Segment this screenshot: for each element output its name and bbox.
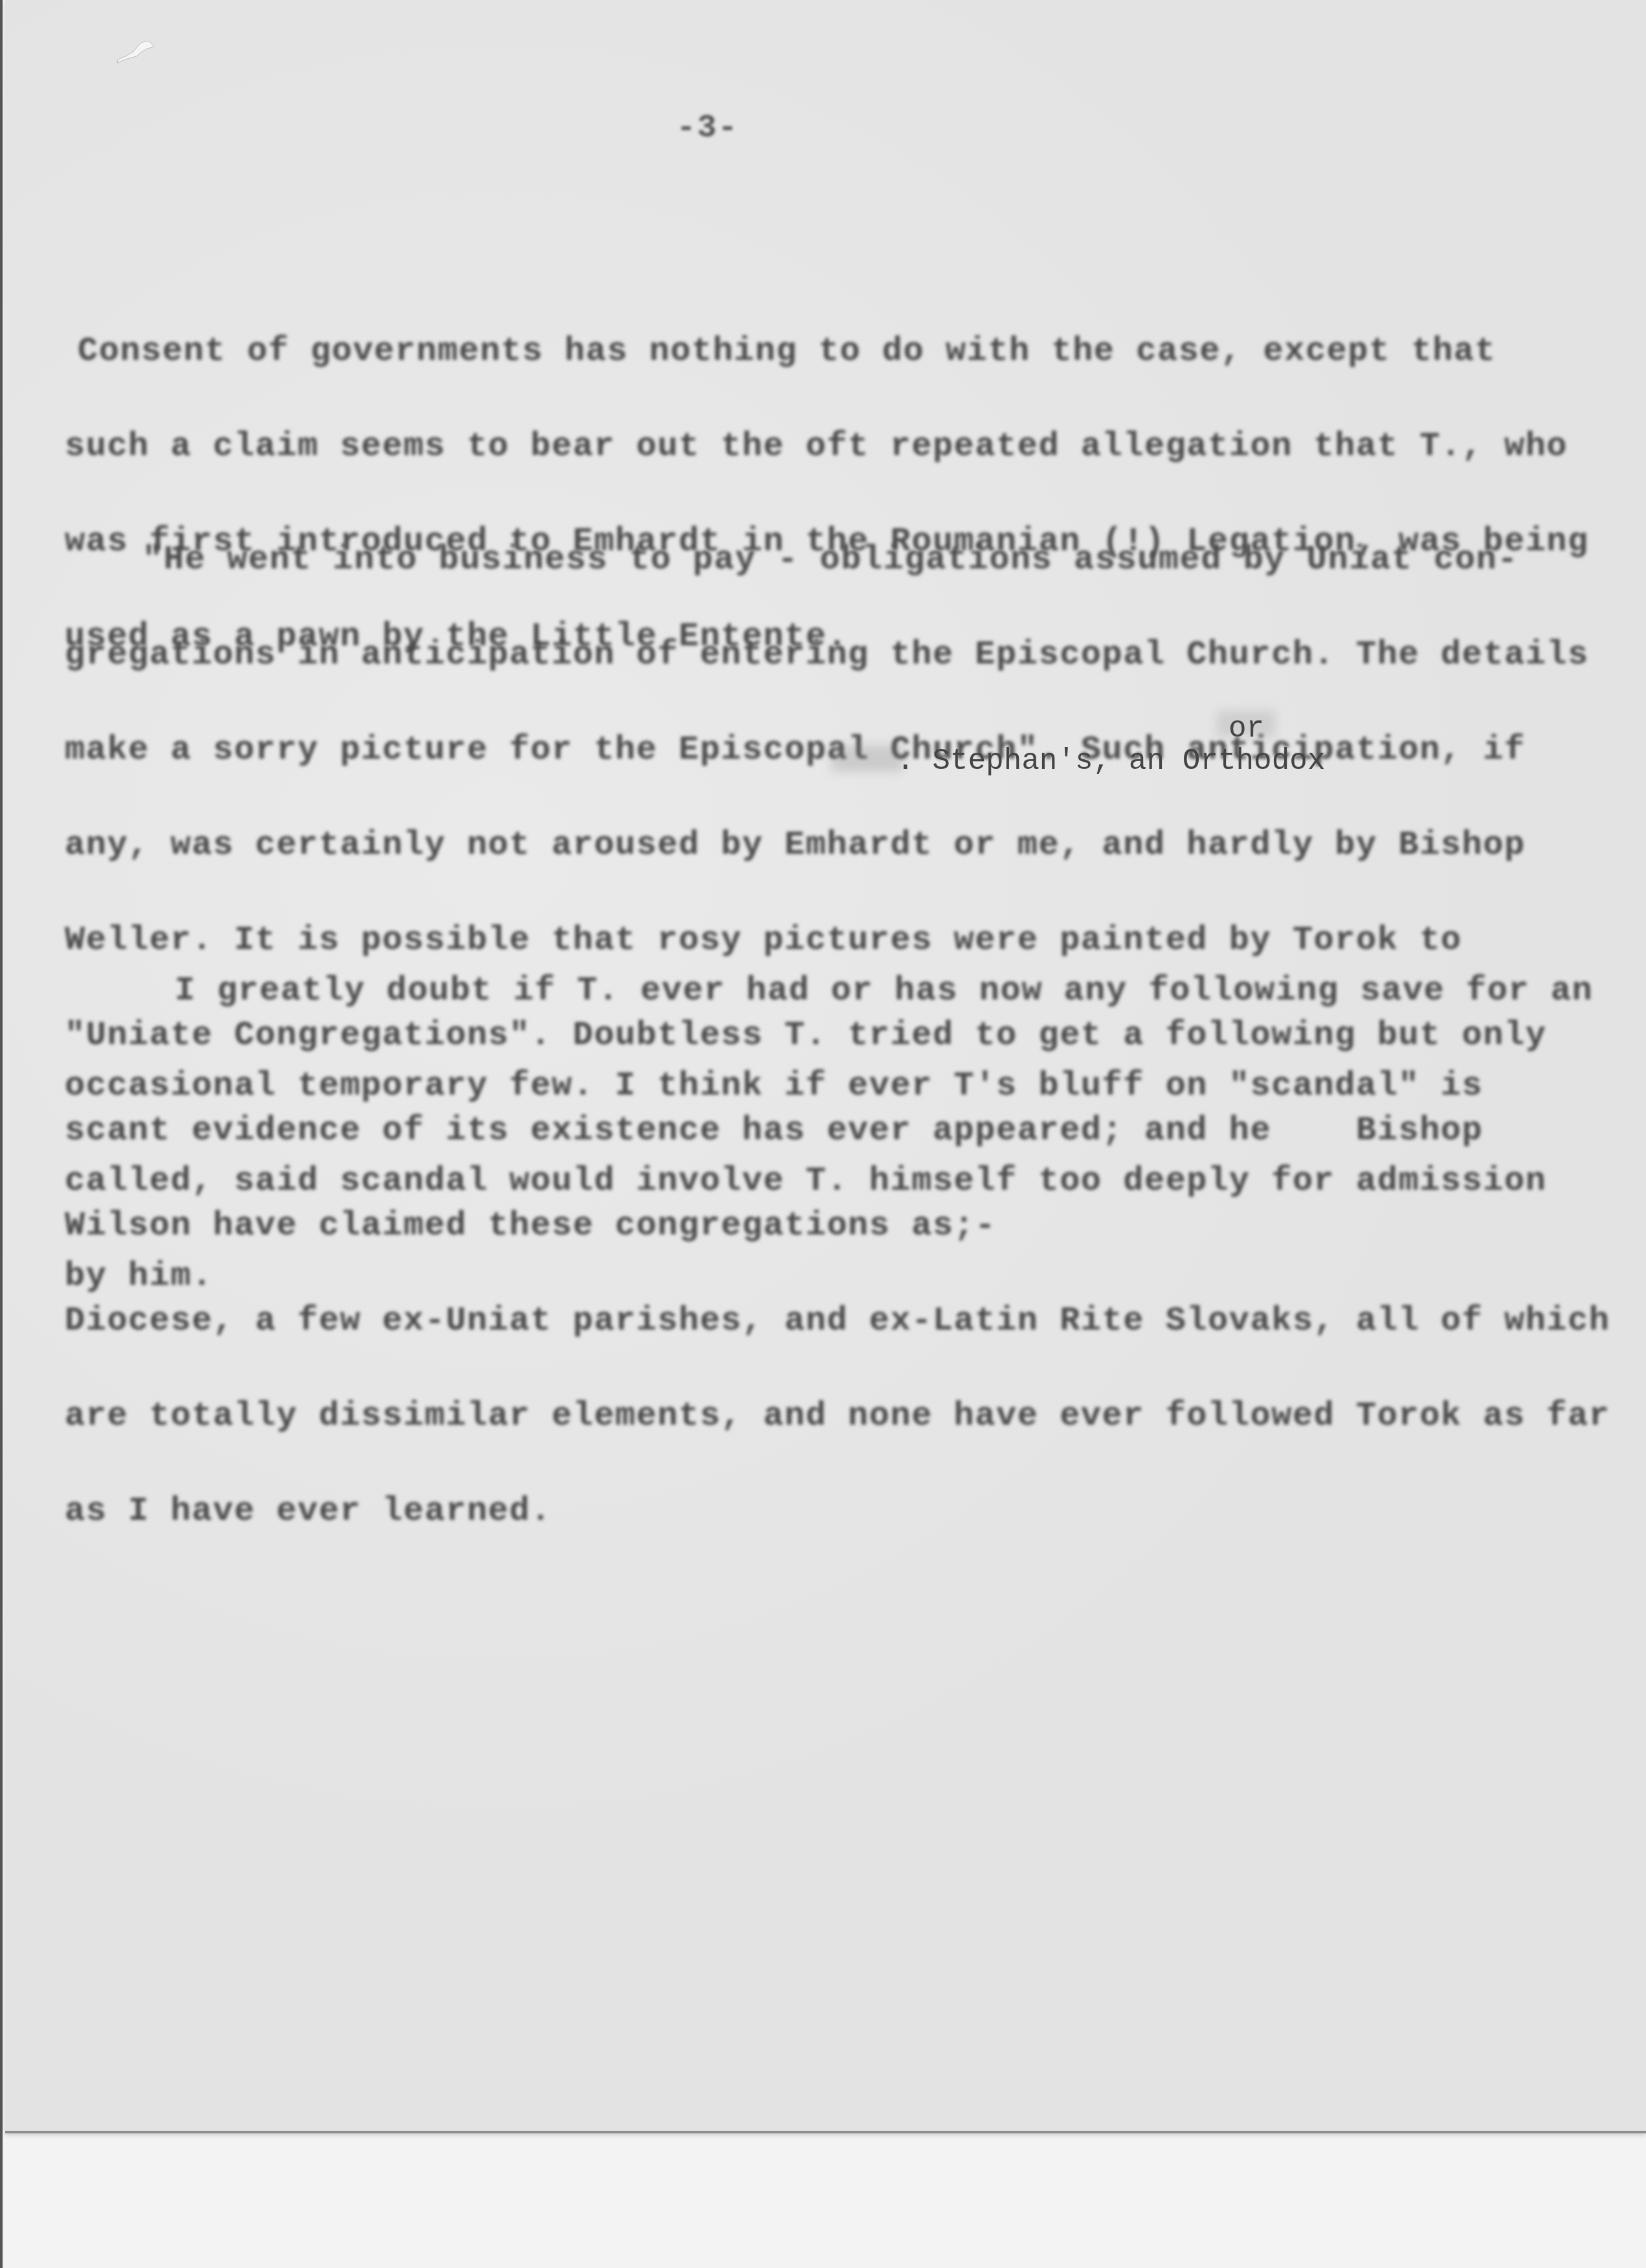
text-line: by him. (65, 1260, 1593, 1292)
text-line: occasional temporary few. I think if eve… (65, 1070, 1593, 1102)
text-line: are totally dissimilar elements, and non… (65, 1400, 1610, 1432)
text-line: as I have ever learned. (65, 1495, 1610, 1527)
correction-smudge (832, 746, 903, 772)
text-line: gregations in anticipation of entering t… (65, 639, 1610, 671)
text-line: called, said scandal would involve T. hi… (65, 1165, 1593, 1197)
text-line: Consent of governments has nothing to do… (78, 335, 1589, 367)
paragraph-3: I greatly doubt if T. ever had or has no… (65, 911, 1593, 1324)
text-line: any, was certainly not aroused by Emhard… (65, 829, 1610, 861)
paper-tear-mark-icon (114, 34, 159, 69)
text-line: such a claim seems to bear out the oft r… (65, 430, 1589, 462)
inserted-text-or: or (1229, 712, 1264, 746)
text-line: I greatly doubt if T. ever had or has no… (175, 975, 1593, 1006)
inserted-text-stephan: . Stephan's, an Orthodox (896, 744, 1326, 778)
scanner-edge (0, 0, 3, 2268)
text-line: "He went into business to pay - obligati… (142, 544, 1610, 575)
page-number: -3- (676, 110, 739, 147)
